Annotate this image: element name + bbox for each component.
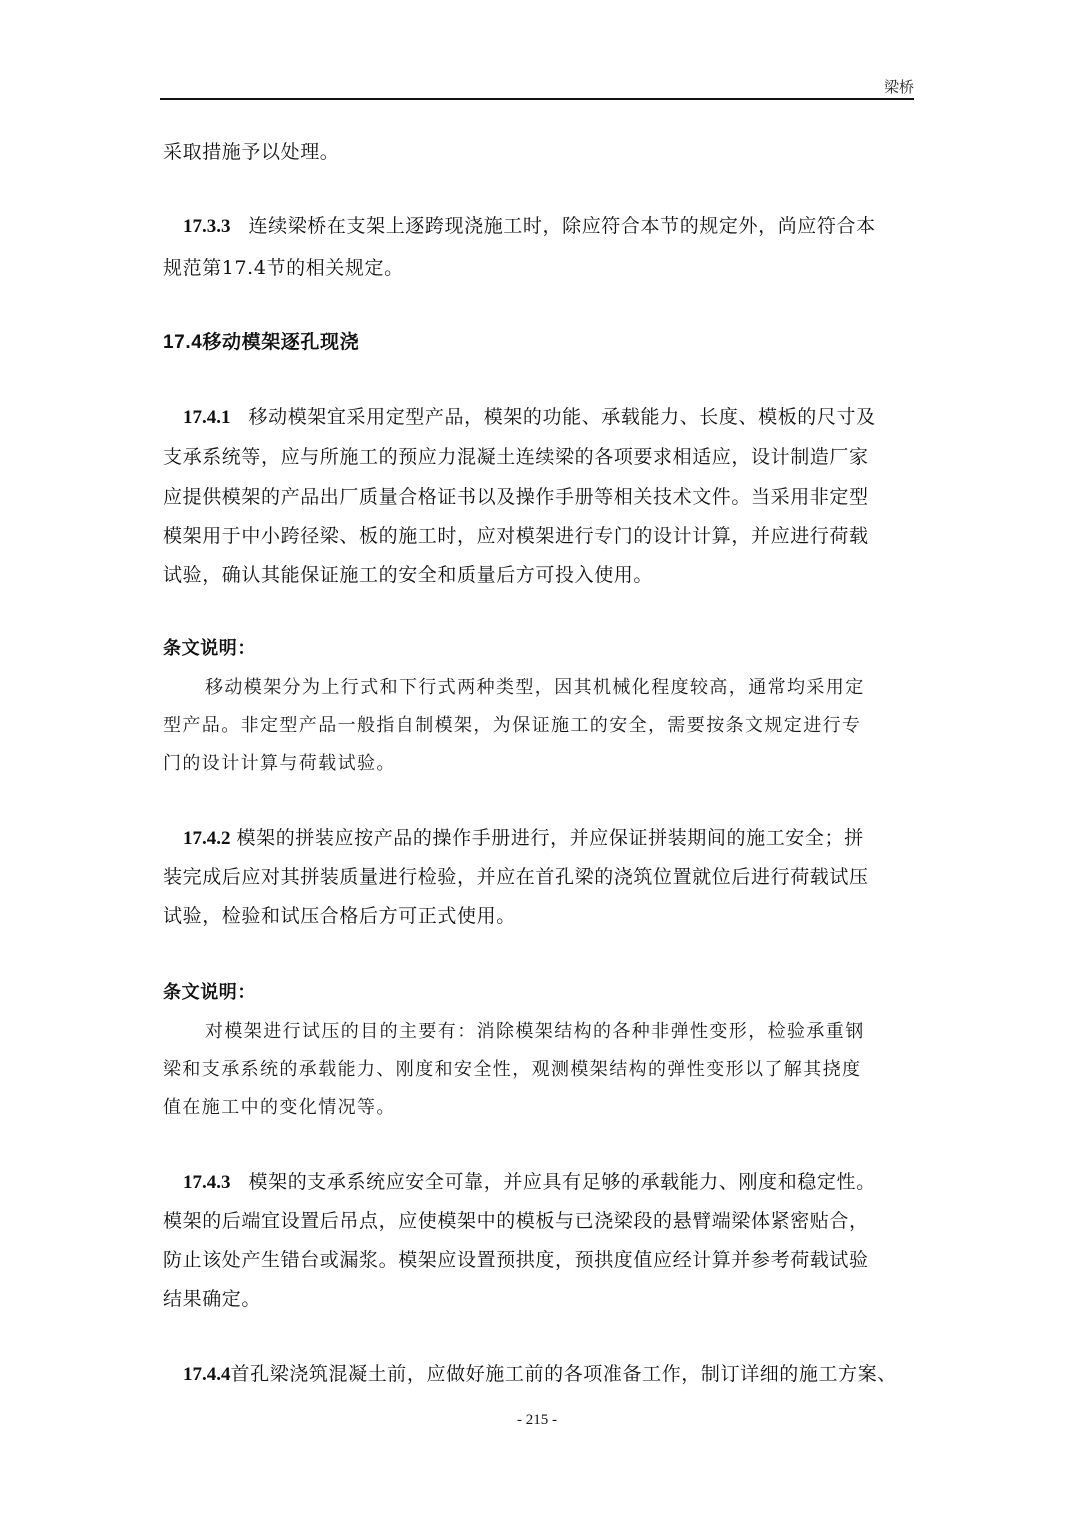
note-label: 条文说明： (163, 981, 915, 1005)
page-number: - 215 - (0, 1412, 1074, 1429)
section-title: 移动模架逐孔现浇 (202, 331, 359, 353)
note-1-line-2: 型产品。非定型产品一般指自制模架，为保证施工的安全，需要按条文规定进行专 (163, 714, 915, 738)
clause-number: 17.4.3 (183, 1172, 231, 1193)
note-2-line-3: 值在施工中的变化情况等。 (163, 1096, 915, 1120)
clause-17-3-3-line-2: 规范第17.4节的相关规定。 (163, 256, 915, 280)
note-2-line-1: 对模架进行试压的目的主要有：消除模架结构的各种非弹性变形，检验承重钢 (205, 1020, 957, 1044)
note-label: 条文说明： (163, 637, 915, 661)
header-title: 梁桥 (884, 76, 914, 97)
clause-17-4-3-line-3: 防止该处产生错台或漏浆。模架应设置预拱度，预拱度值应经计算并参考荷载试验 (163, 1248, 915, 1272)
clause-17-4-4-line-1: 17.4.4首孔梁浇筑混凝土前，应做好施工前的各项准备工作，制订详细的施工方案、 (183, 1362, 935, 1387)
clause-17-4-2-line-2: 装完成后应对其拼装质量进行检验，并应在首孔梁的浇筑位置就位后进行荷载试压 (163, 865, 915, 889)
section-heading-17-4: 17.4移动模架逐孔现浇 (163, 330, 915, 355)
clause-number: 17.4.2 (183, 828, 231, 849)
clause-17-4-3-line-2: 模架的后端宜设置后吊点，应使模架中的模板与已浇梁段的悬臂端梁体紧密贴合， (163, 1209, 915, 1233)
clause-17-4-1-line-4: 模架用于中小跨径梁、板的施工时，应对模架进行专门的设计计算，并应进行荷载 (163, 524, 915, 548)
clause-17-4-1-line-1: 17.4.1移动模架宜采用定型产品，模架的功能、承载能力、长度、模板的尺寸及 (183, 405, 935, 430)
clause-17-4-2-line-3: 试验，检验和试压合格后方可正式使用。 (163, 904, 915, 928)
note-2-line-2: 梁和支承系统的承载能力、刚度和安全性，观测模架结构的弹性变形以了解其挠度 (163, 1058, 915, 1082)
header-divider (160, 98, 914, 100)
clause-number: 17.3.3 (183, 216, 231, 237)
clause-17-4-3-line-4: 结果确定。 (163, 1287, 915, 1311)
clause-17-4-1-line-3: 应提供模架的产品出厂质量合格证书以及操作手册等相关技术文件。当采用非定型 (163, 485, 915, 509)
clause-17-4-1-line-2: 支承系统等，应与所施工的预应力混凝土连续梁的各项要求相适应，设计制造厂家 (163, 445, 915, 469)
clause-17-4-1-line-5: 试验，确认其能保证施工的安全和质量后方可投入使用。 (163, 563, 915, 587)
clause-17-4-2-line-1: 17.4.2模架的拼装应按产品的操作手册进行，并应保证拼装期间的施工安全；拼 (183, 826, 935, 851)
clause-17-3-3-line-1: 17.3.3连续梁桥在支架上逐跨现浇施工时，除应符合本节的规定外，尚应符合本 (183, 214, 935, 239)
note-1-line-3: 门的设计计算与荷载试验。 (163, 752, 915, 776)
section-number: 17.4 (163, 332, 202, 353)
carryover-text: 采取措施予以处理。 (163, 140, 915, 164)
clause-number: 17.4.4 (183, 1364, 231, 1385)
note-1-line-1: 移动模架分为上行式和下行式两种类型，因其机械化程度较高，通常均采用定 (205, 676, 957, 700)
clause-number: 17.4.1 (183, 407, 231, 428)
clause-17-4-3-line-1: 17.4.3模架的支承系统应安全可靠，并应具有足够的承载能力、刚度和稳定性。 (183, 1170, 935, 1195)
